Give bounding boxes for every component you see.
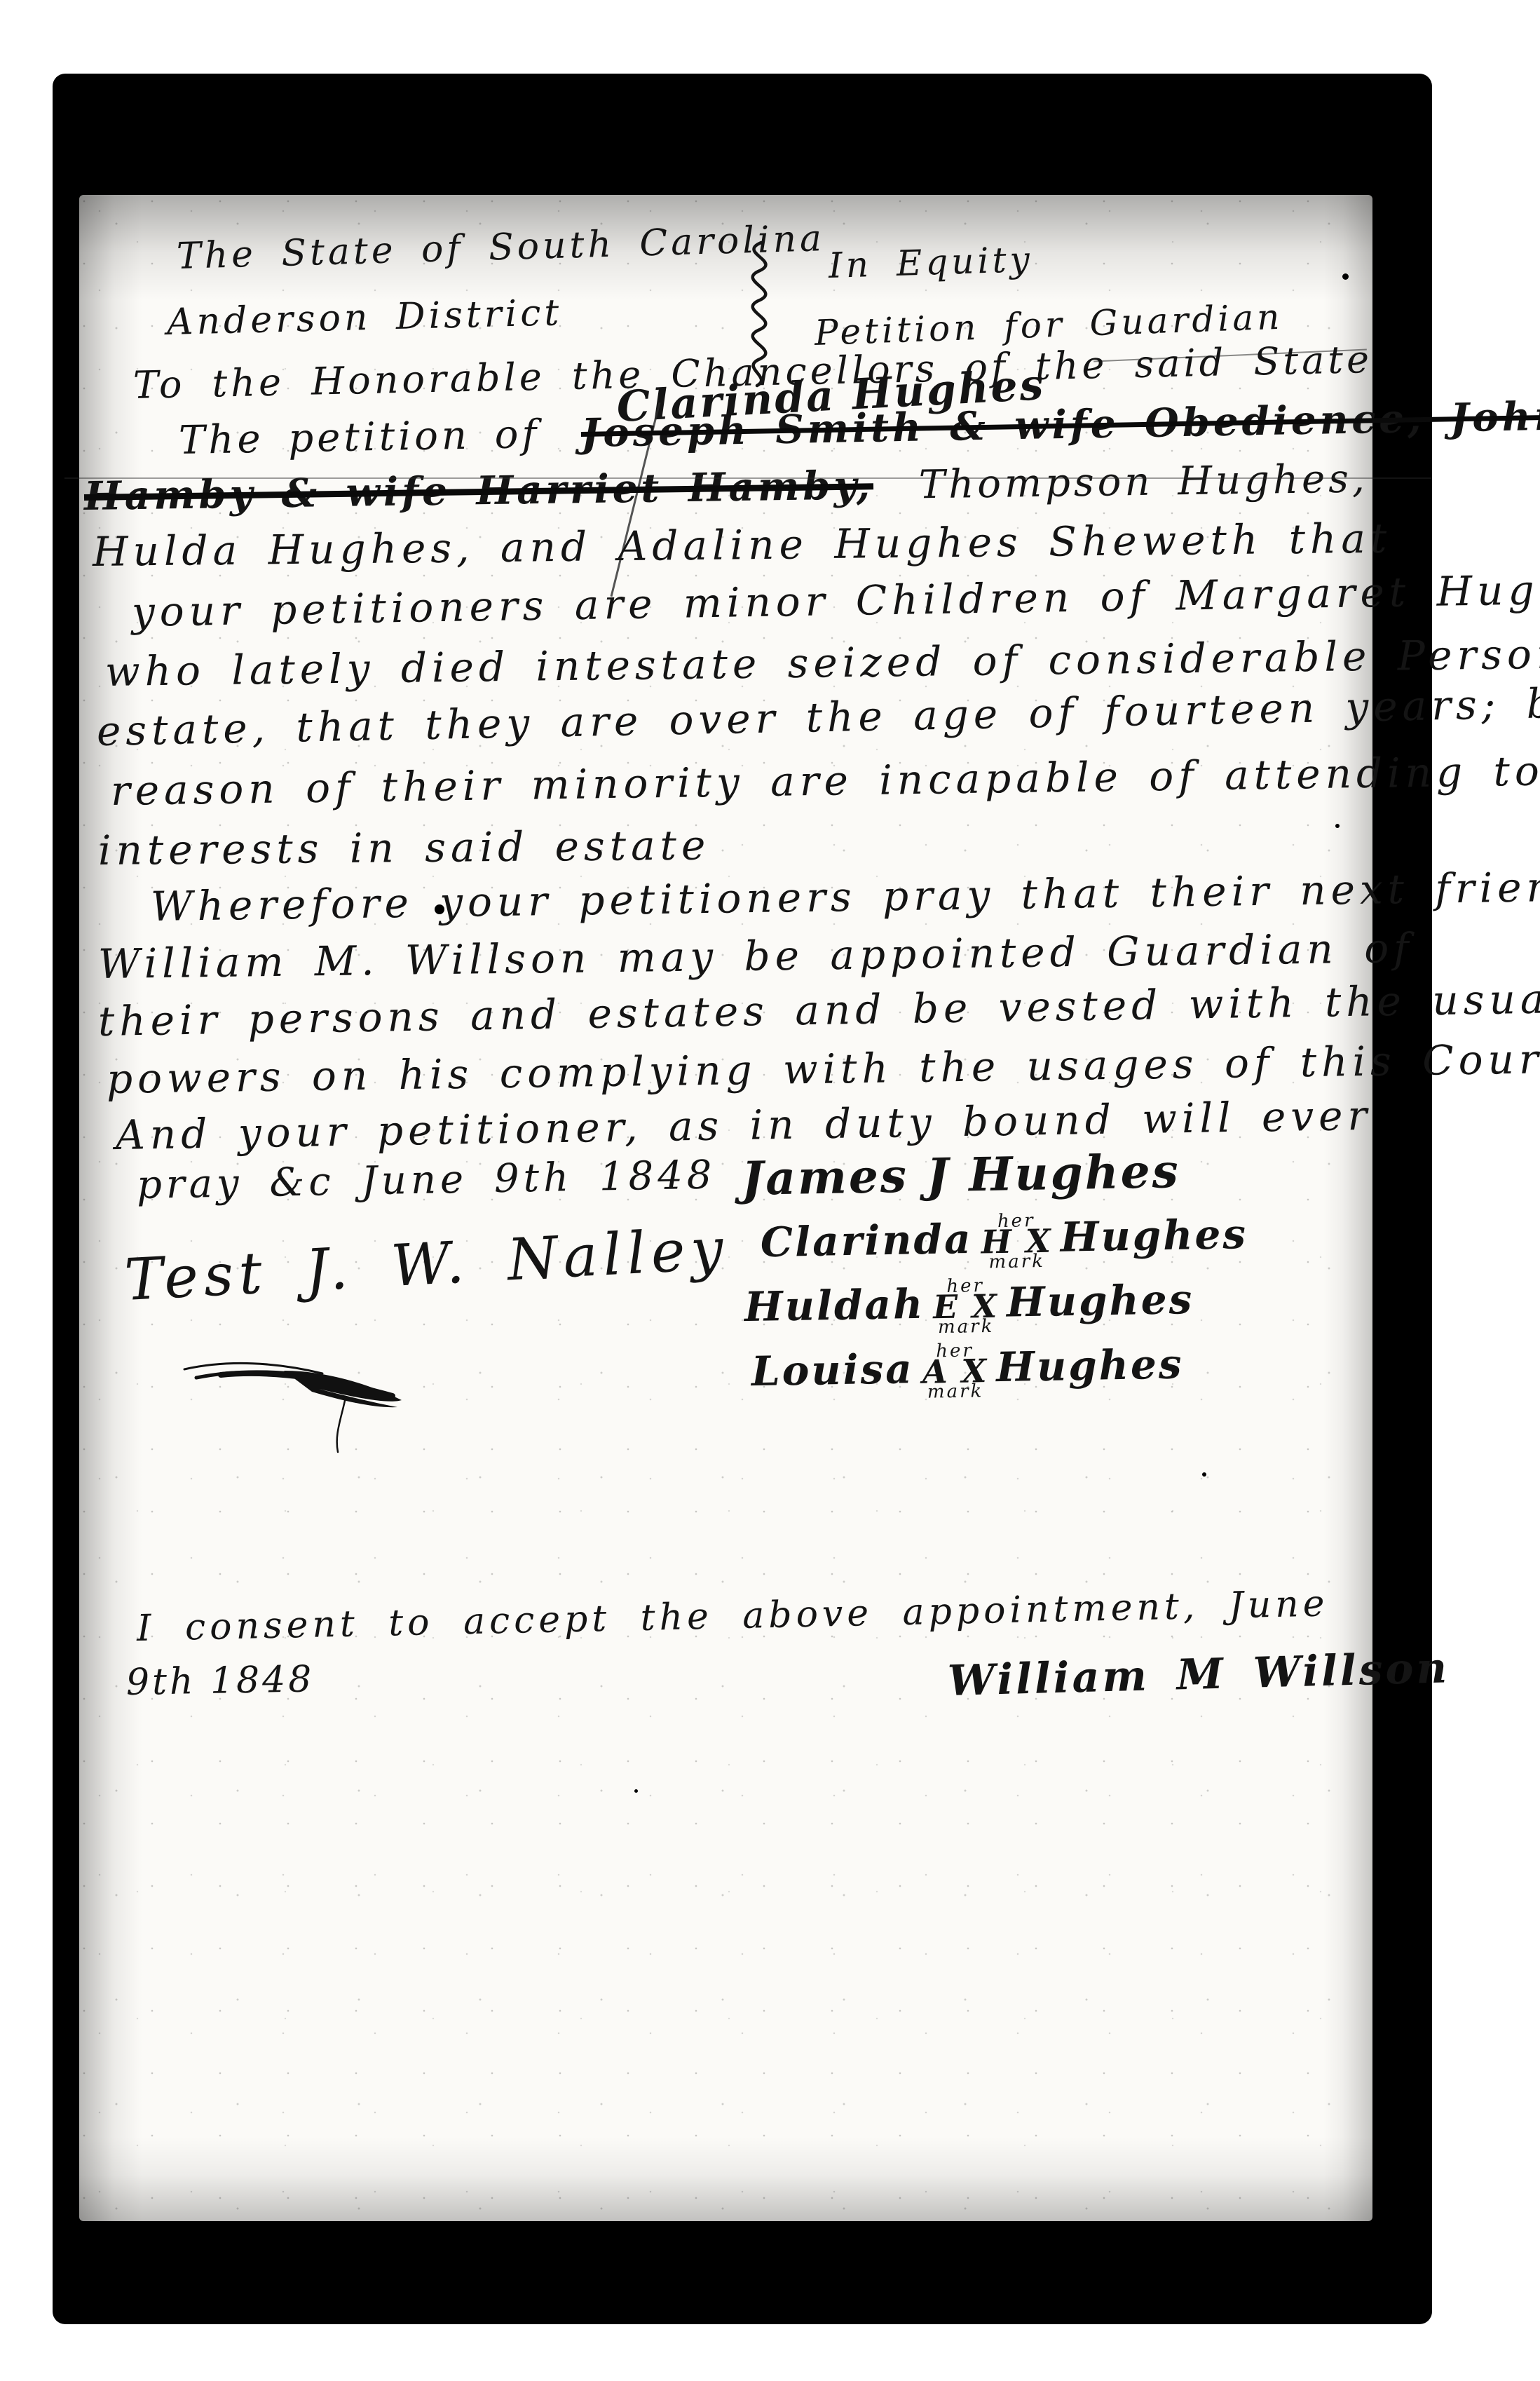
mark-label: mark xyxy=(927,1384,984,1399)
mark-label: mark xyxy=(938,1319,995,1334)
signature-james-hughes: James J Hughes xyxy=(741,1146,1180,1205)
her-mark-cluster: herE Xmark xyxy=(933,1279,999,1335)
ink-speck xyxy=(1335,824,1340,828)
signer-surname: Hughes xyxy=(1006,1275,1194,1327)
signer-given-name: Louisa xyxy=(751,1345,914,1395)
signature-louisa-hughes: LouisaherA XmarkHughes xyxy=(751,1340,1184,1402)
petitioner-name-thompson: Thompson Hughes, xyxy=(918,456,1368,508)
ink-scribble xyxy=(179,1350,421,1455)
prayer-date-line: pray &c June 9th 1848 xyxy=(136,1154,716,1207)
mark-label: mark xyxy=(988,1254,1045,1270)
ink-speck xyxy=(634,1789,638,1793)
ink-speck xyxy=(1202,1472,1206,1477)
petition-prefix: The petition of xyxy=(178,412,540,463)
signature-clarinda-hughes: ClarindaherH XmarkHughes xyxy=(760,1210,1248,1274)
signer-surname: Hughes xyxy=(1060,1210,1248,1261)
ink-speck xyxy=(1342,273,1349,280)
header-equity-line: In Equity xyxy=(828,240,1033,285)
scanned-document-image: The State of South Carolina In Equity An… xyxy=(0,0,1540,2381)
body-line-6: interests in said estate xyxy=(98,823,711,873)
scan-edge-shadow-bottom xyxy=(79,2137,1372,2221)
signer-surname: Hughes xyxy=(996,1340,1184,1391)
consent-date: 9th 1848 xyxy=(126,1660,315,1703)
signer-given-name: Clarinda xyxy=(760,1215,973,1266)
her-mark-cluster: herA Xmark xyxy=(922,1343,988,1399)
ink-speck xyxy=(435,904,444,914)
signature-huldah-hughes: HuldahherE XmarkHughes xyxy=(744,1275,1194,1338)
her-mark-cluster: herH Xmark xyxy=(981,1214,1053,1270)
signer-given-name: Huldah xyxy=(744,1280,925,1331)
